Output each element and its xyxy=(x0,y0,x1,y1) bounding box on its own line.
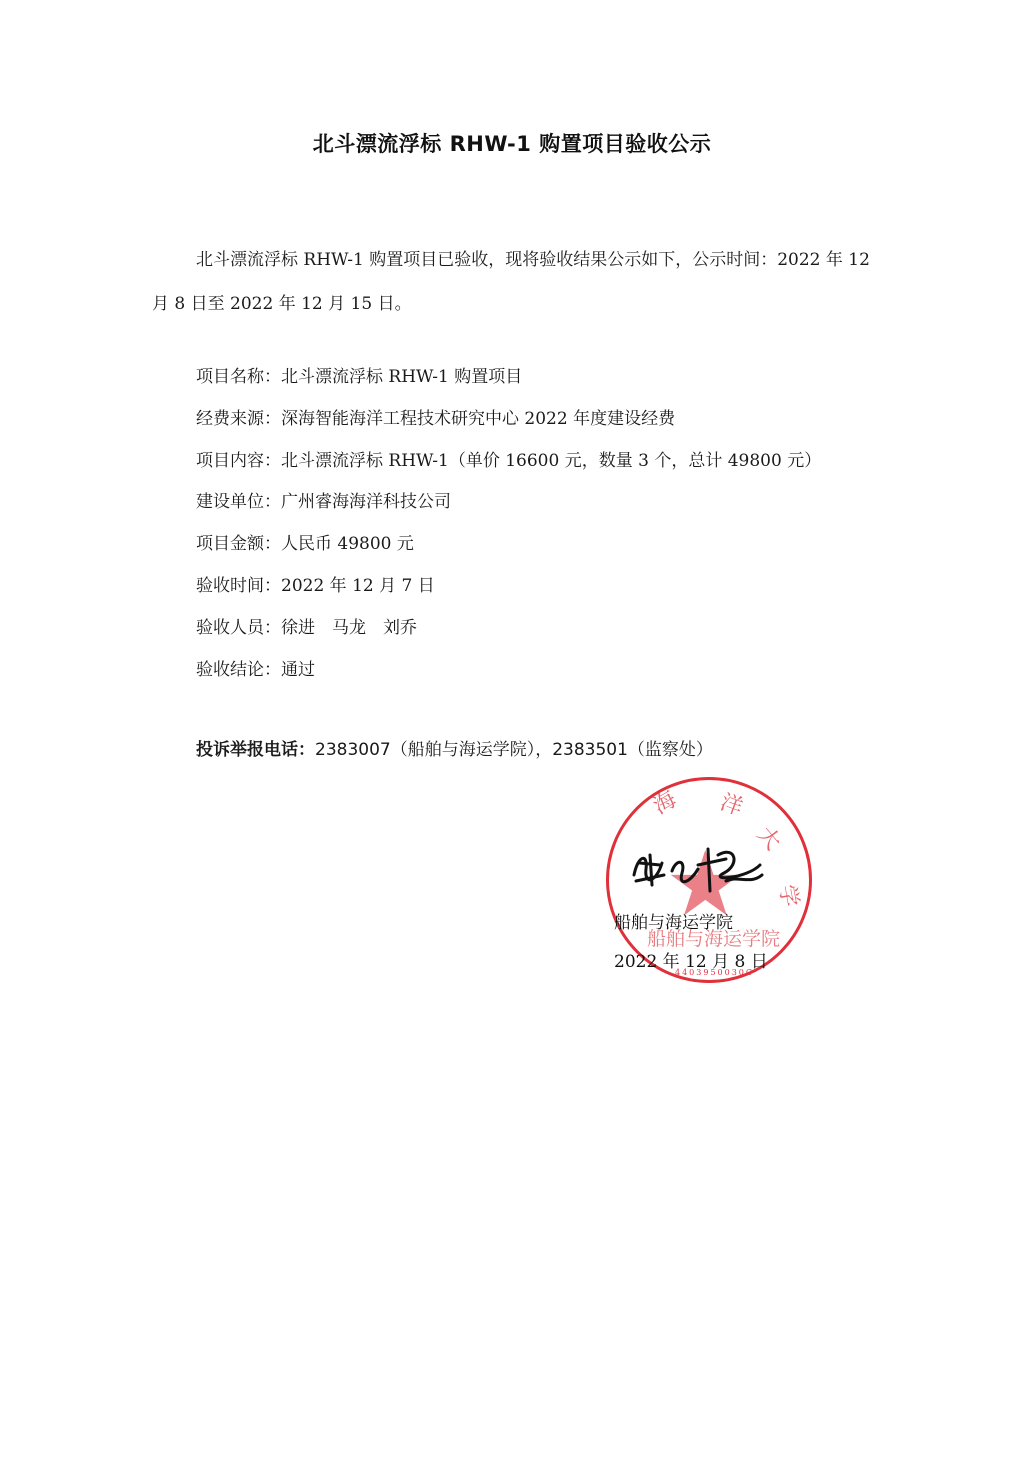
field-label: 项目金额： xyxy=(196,534,281,554)
field-contractor: 建设单位：广州睿海海洋科技公司 xyxy=(196,485,821,527)
field-label: 项目名称： xyxy=(196,367,281,387)
field-value: 北斗漂流浮标 RHW-1（单价 16600 元，数量 3 个，总计 49800 … xyxy=(281,451,821,471)
complaint-label: 投诉举报电话： xyxy=(196,740,315,760)
field-value: 通过 xyxy=(281,660,315,680)
field-value: 2022 年 12 月 7 日 xyxy=(281,576,435,596)
handwritten-signature xyxy=(626,835,766,895)
seal-char: 洋 xyxy=(716,785,747,822)
field-label: 项目内容： xyxy=(196,451,281,471)
seal-char: 海 xyxy=(647,783,682,821)
signoff-date: 2022 年 12 月 8 日 xyxy=(614,947,768,972)
field-label: 建设单位： xyxy=(196,492,281,512)
field-acceptance-date: 验收时间：2022 年 12 月 7 日 xyxy=(196,569,821,611)
field-project-content: 项目内容：北斗漂流浮标 RHW-1（单价 16600 元，数量 3 个，总计 4… xyxy=(196,444,821,486)
field-label: 验收人员： xyxy=(196,618,281,638)
signoff-unit: 船舶与海运学院 xyxy=(614,908,733,933)
field-label: 验收时间： xyxy=(196,576,281,596)
field-value: 北斗漂流浮标 RHW-1 购置项目 xyxy=(281,367,522,387)
field-value: 徐进 马龙 刘乔 xyxy=(281,618,417,638)
complaint-hotline: 投诉举报电话：2383007（船舶与海运学院），2383501（监察处） xyxy=(196,735,713,760)
field-acceptance-staff: 验收人员：徐进 马龙 刘乔 xyxy=(196,611,821,653)
project-fields: 项目名称：北斗漂流浮标 RHW-1 购置项目 经费来源：深海智能海洋工程技术研究… xyxy=(196,360,821,694)
field-label: 验收结论： xyxy=(196,660,281,680)
intro-paragraph: 北斗漂流浮标 RHW-1 购置项目已验收，现将验收结果公示如下，公示时间：202… xyxy=(152,238,892,326)
document-title: 北斗漂流浮标 RHW-1 购置项目验收公示 xyxy=(0,128,1024,158)
complaint-numbers: 2383007（船舶与海运学院），2383501（监察处） xyxy=(315,740,713,760)
field-amount: 项目金额：人民币 49800 元 xyxy=(196,527,821,569)
field-acceptance-conclusion: 验收结论：通过 xyxy=(196,653,821,695)
field-value: 广州睿海海洋科技公司 xyxy=(281,492,451,512)
seal-char: 学 xyxy=(773,882,807,909)
field-project-name: 项目名称：北斗漂流浮标 RHW-1 购置项目 xyxy=(196,360,821,402)
field-value: 人民币 49800 元 xyxy=(281,534,414,554)
field-value: 深海智能海洋工程技术研究中心 2022 年度建设经费 xyxy=(281,409,675,429)
field-funding-source: 经费来源：深海智能海洋工程技术研究中心 2022 年度建设经费 xyxy=(196,402,821,444)
field-label: 经费来源： xyxy=(196,409,281,429)
